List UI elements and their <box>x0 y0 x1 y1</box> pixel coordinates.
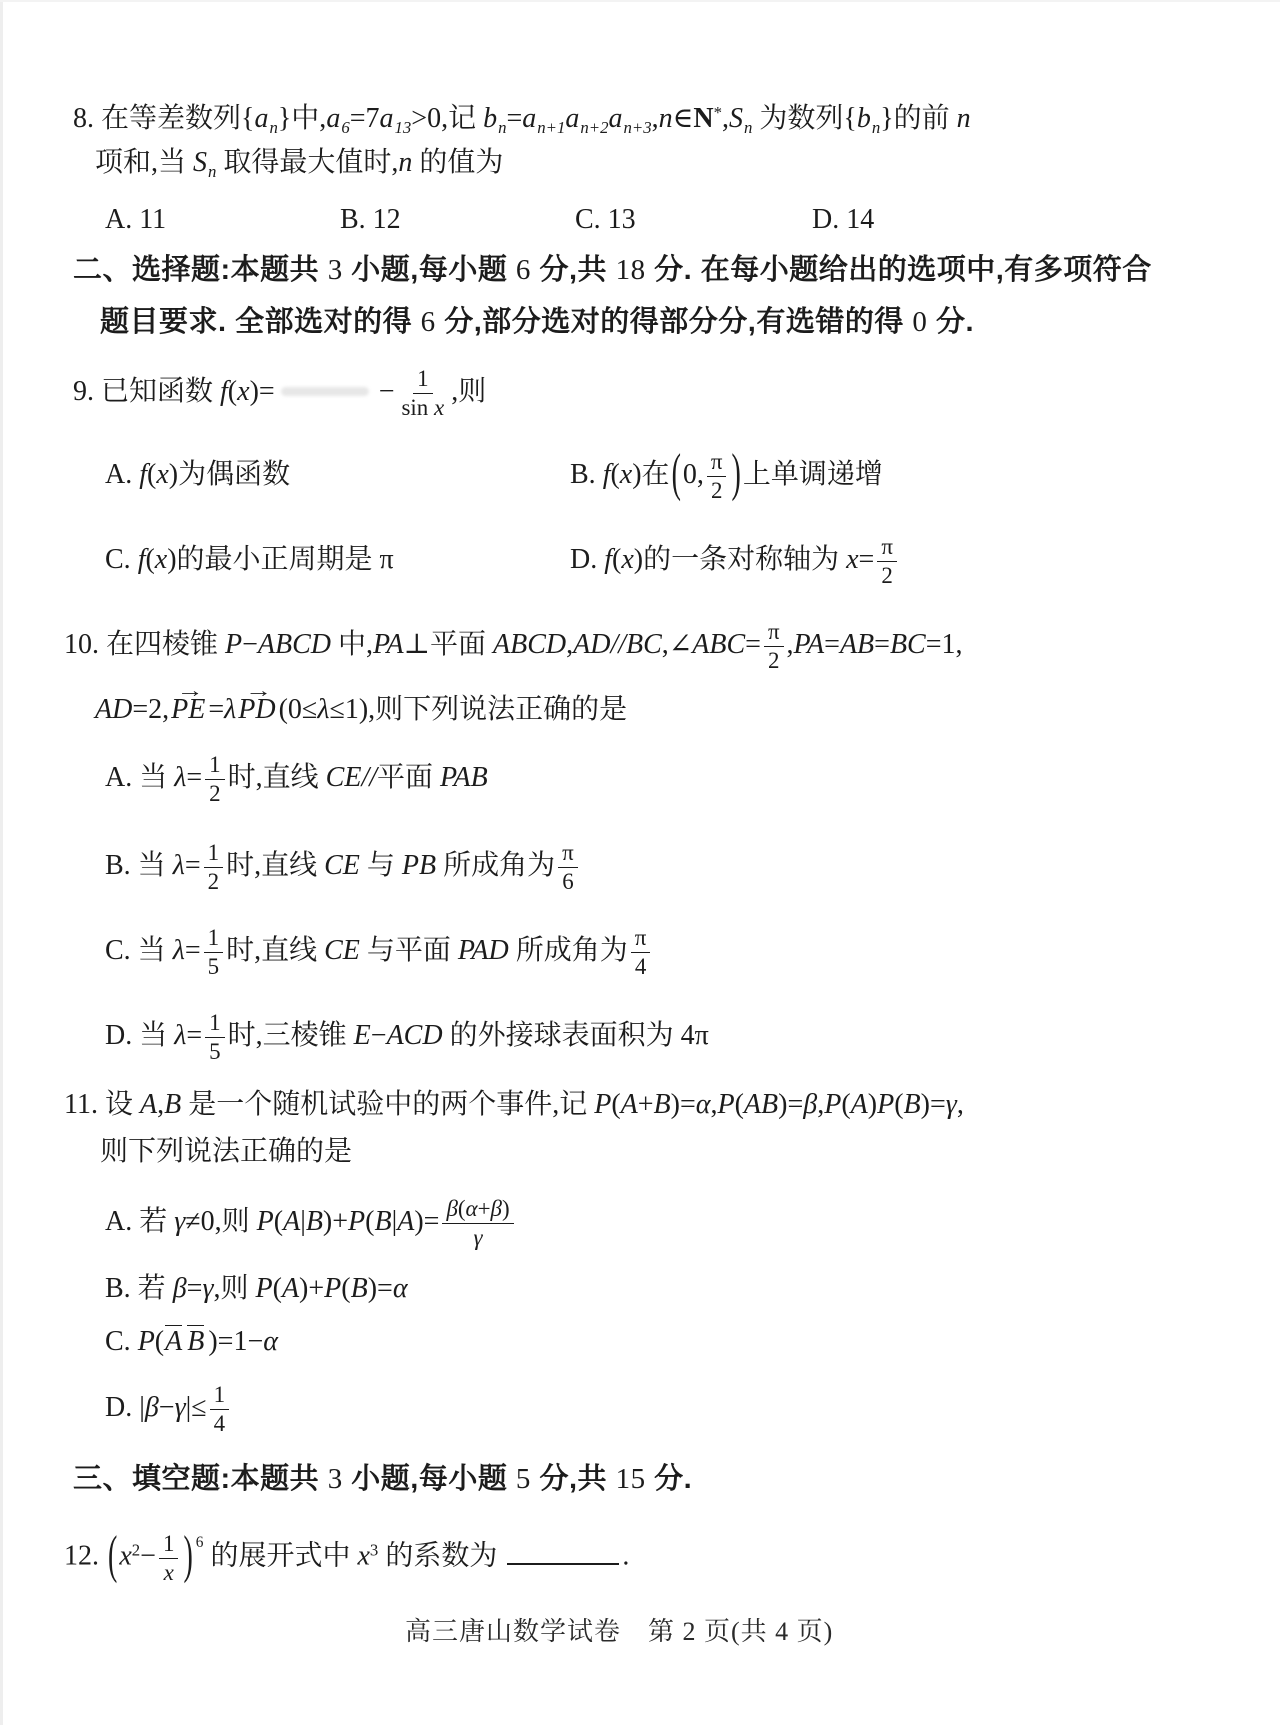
question-10-stem-line-1: 10. 在四棱锥 P−ABCD 中,PA⊥平面 ABCD,AD//BC,∠ABC… <box>64 616 963 674</box>
question-10-option-d: D. 当 λ=15时,三棱锥 E−ACD 的外接球表面积为 4π <box>105 1007 709 1065</box>
section-2-header-line-2: 题目要求. 全部选对的得 6 分,部分选对的得部分分,有选错的得 0 分. <box>100 305 974 339</box>
question-8-option-b: B. 12 <box>340 203 401 237</box>
question-10-option-b: B. 当 λ=12时,直线 CE 与 PB 所成角为π6 <box>105 837 581 895</box>
question-10-option-a: A. 当 λ=12时,直线 CE//平面 PAB <box>105 749 488 807</box>
vector-arrow: → <box>231 681 287 701</box>
question-11-stem-line-2: 则下列说法正确的是 <box>100 1135 352 1169</box>
question-9-option-c: C. f(x)的最小正周期是 π <box>105 543 394 577</box>
question-12-stem: 12. (x2−1x)6 的展开式中 x3 的系数为 . <box>64 1511 629 1589</box>
question-9-option-a: A. f(x)为偶函数 <box>105 458 290 492</box>
question-10-option-c: C. 当 λ=15时,直线 CE 与平面 PAD 所成角为π4 <box>105 922 653 980</box>
question-11-stem-line-1: 11. 设 A,B 是一个随机试验中的两个事件,记 P(A+B)=α,P(AB)… <box>64 1088 964 1122</box>
question-11-option-c: C. P(AB)=1−α <box>105 1325 278 1359</box>
question-9-stem: 9. 已知函数 f(x)=−1sin x,则 <box>73 363 486 421</box>
vector-arrow: → <box>164 681 216 701</box>
exam-paper-page: 8. 在等差数列{an}中,a6=7a13>0,记 bn=an+1an+2an+… <box>0 0 1280 1725</box>
page-footer: 高三唐山数学试卷 第 2 页(共 4 页) <box>405 1617 833 1647</box>
question-9-option-d: D. f(x)的一条对称轴为 x=π2 <box>570 531 900 589</box>
section-2-header-line-1: 二、选择题:本题共 3 小题,每小题 6 分,共 18 分. 在每小题给出的选项… <box>73 253 1152 287</box>
faded-print-smudge <box>281 387 369 396</box>
question-11-option-d: D. |β−γ|≤14 <box>105 1379 232 1437</box>
question-11-option-a: A. 若 γ≠0,则 P(A|B)+P(B|A)=β(α+β)γ <box>105 1191 517 1253</box>
question-8-option-c: C. 13 <box>575 203 636 237</box>
question-8-option-a: A. 11 <box>105 203 166 237</box>
question-10-stem-line-2: AD=2,→PE=λ→PD(0≤λ≤1),则下列说法正确的是 <box>95 693 627 727</box>
question-8-stem-line-1: 8. 在等差数列{an}中,a6=7a13>0,记 bn=an+1an+2an+… <box>73 96 971 145</box>
scan-edge-artifact <box>0 0 3 1725</box>
section-3-header: 三、填空题:本题共 3 小题,每小题 5 分,共 15 分. <box>73 1462 692 1496</box>
answer-blank <box>507 1532 619 1565</box>
question-11-option-b: B. 若 β=γ,则 P(A)+P(B)=α <box>105 1272 408 1306</box>
question-8-stem-line-2: 项和,当 Sn 取得最大值时,n 的值为 <box>95 146 503 189</box>
question-9-option-b: B. f(x)在(0,π2)上单调递增 <box>570 446 883 504</box>
scan-edge-artifact <box>0 0 1280 2</box>
question-8-option-d: D. 14 <box>812 203 874 237</box>
